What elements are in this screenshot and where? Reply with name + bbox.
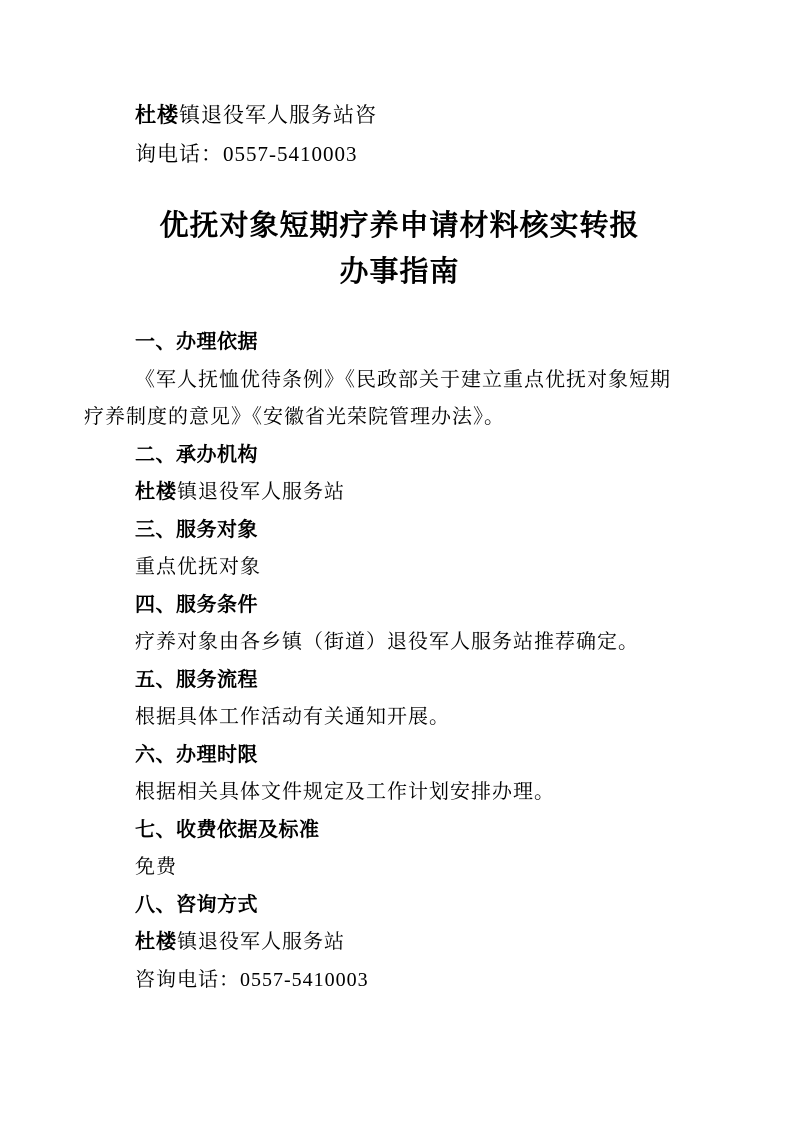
section-1: 一、办理依据 《军人抚恤优待条例》《民政部关于建立重点优抚对象短期 疗养制度的意… <box>84 324 715 437</box>
section-6-body: 根据相关具体文件规定及工作计划安排办理。 <box>84 774 715 812</box>
section-8-heading: 八、咨询方式 <box>84 887 715 925</box>
section-1-body-line-1: 《军人抚恤优待条例》《民政部关于建立重点优抚对象短期 <box>84 362 715 400</box>
header-line-1: 杜楼镇退役军人服务站咨 <box>135 96 715 135</box>
section-5-heading: 五、服务流程 <box>84 662 715 700</box>
document-page: 杜楼镇退役军人服务站咨 询电话：0557-5410003 优抚对象短期疗养申请材… <box>0 0 793 1122</box>
section-5-body: 根据具体工作活动有关通知开展。 <box>84 699 715 737</box>
section-6: 六、办理时限 根据相关具体文件规定及工作计划安排办理。 <box>84 737 715 812</box>
document-content: 杜楼镇退役军人服务站咨 询电话：0557-5410003 优抚对象短期疗养申请材… <box>0 0 793 999</box>
section-8: 八、咨询方式 杜楼镇退役军人服务站 咨询电话：0557-5410003 <box>84 887 715 1000</box>
section-8-body-line-2: 咨询电话：0557-5410003 <box>84 962 715 1000</box>
section-2-heading: 二、承办机构 <box>84 437 715 475</box>
header-line1-bold-run: 杜楼 <box>135 104 179 127</box>
header-line-2: 询电话：0557-5410003 <box>135 135 715 173</box>
section-2-body: 杜楼镇退役军人服务站 <box>84 474 715 512</box>
section-2: 二、承办机构 杜楼镇退役军人服务站 <box>84 437 715 512</box>
section-4: 四、服务条件 疗养对象由各乡镇（街道）退役军人服务站推荐确定。 <box>84 587 715 662</box>
section-4-heading: 四、服务条件 <box>84 587 715 625</box>
section-2-body-bold-run: 杜楼 <box>135 481 177 503</box>
header-paragraph: 杜楼镇退役军人服务站咨 询电话：0557-5410003 <box>135 96 715 173</box>
section-7-body: 免费 <box>84 849 715 887</box>
section-2-body-rest: 镇退役军人服务站 <box>177 481 345 503</box>
section-3-heading: 三、服务对象 <box>84 512 715 550</box>
header-line1-rest: 镇退役军人服务站咨 <box>179 103 377 127</box>
doc-title-line-2: 办事指南 <box>84 249 715 295</box>
sections: 一、办理依据 《军人抚恤优待条例》《民政部关于建立重点优抚对象短期 疗养制度的意… <box>84 324 715 999</box>
section-1-heading: 一、办理依据 <box>84 324 715 362</box>
section-5: 五、服务流程 根据具体工作活动有关通知开展。 <box>84 662 715 737</box>
section-7: 七、收费依据及标准 免费 <box>84 812 715 887</box>
section-3: 三、服务对象 重点优抚对象 <box>84 512 715 587</box>
doc-title-line-1: 优抚对象短期疗养申请材料核实转报 <box>84 203 715 249</box>
section-8-body-bold-run: 杜楼 <box>135 931 177 953</box>
section-4-body: 疗养对象由各乡镇（街道）退役军人服务站推荐确定。 <box>84 624 715 662</box>
section-7-heading: 七、收费依据及标准 <box>84 812 715 850</box>
section-1-body-line-2: 疗养制度的意见》《安徽省光荣院管理办法》。 <box>84 399 715 437</box>
section-3-body: 重点优抚对象 <box>84 549 715 587</box>
section-8-body-rest: 镇退役军人服务站 <box>177 931 345 953</box>
doc-title: 优抚对象短期疗养申请材料核实转报 办事指南 <box>84 203 715 295</box>
section-8-body-line-1: 杜楼镇退役军人服务站 <box>84 924 715 962</box>
section-6-heading: 六、办理时限 <box>84 737 715 775</box>
